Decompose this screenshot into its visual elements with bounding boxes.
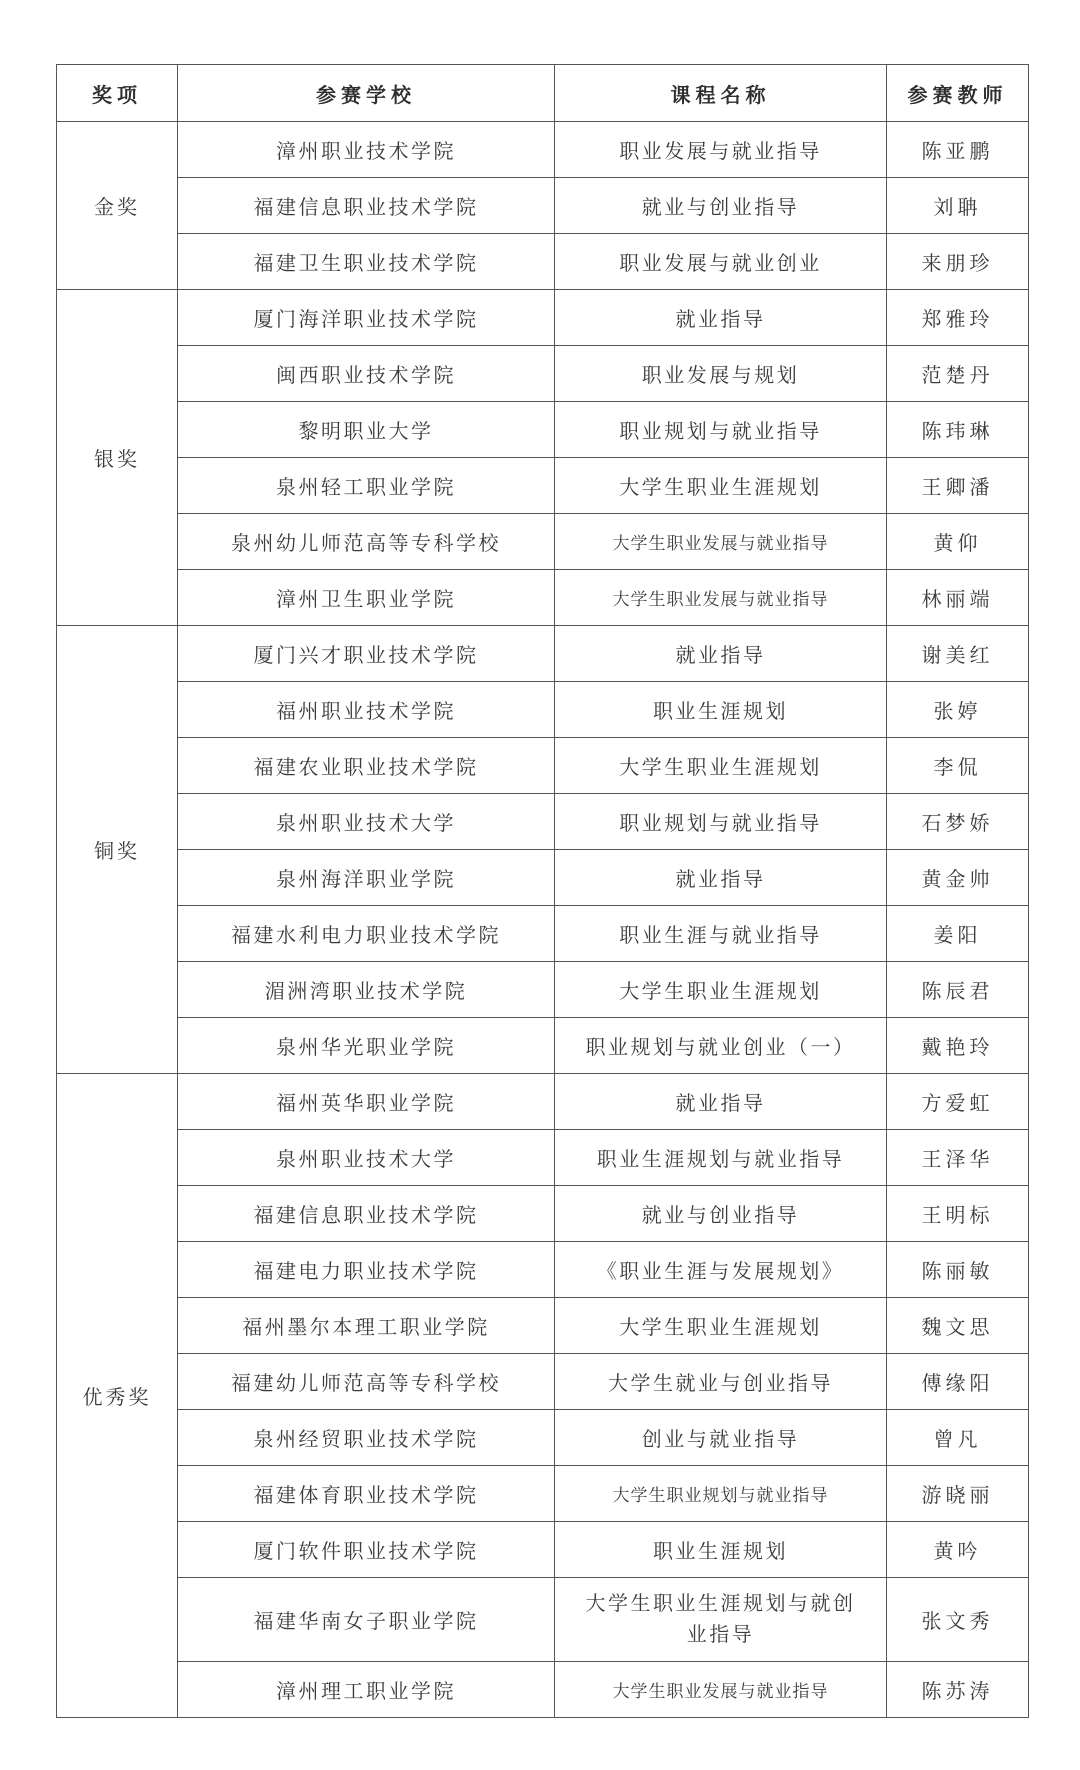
school-cell: 泉州海洋职业学院 [178, 850, 555, 906]
course-cell: 创业与就业指导 [555, 1410, 887, 1466]
teacher-cell: 游晓丽 [887, 1466, 1029, 1522]
table-row: 银奖厦门海洋职业技术学院就业指导郑雅玲 [57, 290, 1029, 346]
course-cell: 职业生涯规划 [555, 682, 887, 738]
table-row: 福建水利电力职业技术学院职业生涯与就业指导姜阳 [57, 906, 1029, 962]
course-cell: 就业指导 [555, 290, 887, 346]
school-cell: 泉州职业技术大学 [178, 794, 555, 850]
school-cell: 福州英华职业学院 [178, 1074, 555, 1130]
course-cell: 职业发展与规划 [555, 346, 887, 402]
teacher-cell: 王明标 [887, 1186, 1029, 1242]
course-cell: 大学生职业生涯规划 [555, 458, 887, 514]
school-cell: 福建农业职业技术学院 [178, 738, 555, 794]
school-cell: 厦门海洋职业技术学院 [178, 290, 555, 346]
course-cell: 职业发展与就业创业 [555, 234, 887, 290]
course-cell: 就业与创业指导 [555, 178, 887, 234]
school-cell: 厦门兴才职业技术学院 [178, 626, 555, 682]
school-cell: 福建华南女子职业学院 [178, 1578, 555, 1662]
award-cell: 铜奖 [57, 626, 178, 1074]
table-row: 福建华南女子职业学院大学生职业生涯规划与就创业指导张文秀 [57, 1578, 1029, 1662]
school-cell: 福建电力职业技术学院 [178, 1242, 555, 1298]
course-cell: 职业规划与就业指导 [555, 402, 887, 458]
teacher-cell: 陈丽敏 [887, 1242, 1029, 1298]
teacher-cell: 郑雅玲 [887, 290, 1029, 346]
school-cell: 泉州华光职业学院 [178, 1018, 555, 1074]
teacher-cell: 张婷 [887, 682, 1029, 738]
teacher-cell: 陈亚鹏 [887, 122, 1029, 178]
teacher-cell: 黄吟 [887, 1522, 1029, 1578]
course-cell: 就业指导 [555, 626, 887, 682]
table-row: 优秀奖福州英华职业学院就业指导方爱虹 [57, 1074, 1029, 1130]
teacher-cell: 王卿潘 [887, 458, 1029, 514]
teacher-cell: 范楚丹 [887, 346, 1029, 402]
header-cell-course: 课程名称 [555, 65, 887, 122]
school-cell: 泉州经贸职业技术学院 [178, 1410, 555, 1466]
school-cell: 泉州轻工职业学院 [178, 458, 555, 514]
teacher-cell: 陈辰君 [887, 962, 1029, 1018]
header-cell-teacher: 参赛教师 [887, 65, 1029, 122]
awards-table: 奖项 参赛学校 课程名称 参赛教师 金奖漳州职业技术学院职业发展与就业指导陈亚鹏… [56, 64, 1029, 1718]
school-cell: 漳州卫生职业学院 [178, 570, 555, 626]
course-cell: 大学生职业规划与就业指导 [555, 1466, 887, 1522]
table-row: 福建电力职业技术学院《职业生涯与发展规划》陈丽敏 [57, 1242, 1029, 1298]
teacher-cell: 曾凡 [887, 1410, 1029, 1466]
teacher-cell: 谢美红 [887, 626, 1029, 682]
school-cell: 福建卫生职业技术学院 [178, 234, 555, 290]
school-cell: 福州职业技术学院 [178, 682, 555, 738]
teacher-cell: 李侃 [887, 738, 1029, 794]
teacher-cell: 方爱虹 [887, 1074, 1029, 1130]
course-cell: 大学生职业发展与就业指导 [555, 570, 887, 626]
table-row: 厦门软件职业技术学院职业生涯规划黄吟 [57, 1522, 1029, 1578]
teacher-cell: 石梦娇 [887, 794, 1029, 850]
table-row: 泉州幼儿师范高等专科学校大学生职业发展与就业指导黄仰 [57, 514, 1029, 570]
school-cell: 湄洲湾职业技术学院 [178, 962, 555, 1018]
header-cell-award: 奖项 [57, 65, 178, 122]
table-row: 福建幼儿师范高等专科学校大学生就业与创业指导傅缘阳 [57, 1354, 1029, 1410]
course-cell: 职业生涯与就业指导 [555, 906, 887, 962]
course-cell: 大学生职业生涯规划 [555, 738, 887, 794]
course-cell: 大学生职业生涯规划与就创业指导 [555, 1578, 887, 1662]
school-cell: 福建信息职业技术学院 [178, 178, 555, 234]
course-cell: 职业规划与就业指导 [555, 794, 887, 850]
teacher-cell: 黄仰 [887, 514, 1029, 570]
school-cell: 福建幼儿师范高等专科学校 [178, 1354, 555, 1410]
table-row: 黎明职业大学职业规划与就业指导陈玮琳 [57, 402, 1029, 458]
school-cell: 闽西职业技术学院 [178, 346, 555, 402]
course-cell: 大学生就业与创业指导 [555, 1354, 887, 1410]
course-cell: 职业发展与就业指导 [555, 122, 887, 178]
table-row: 福建信息职业技术学院就业与创业指导刘聃 [57, 178, 1029, 234]
teacher-cell: 林丽端 [887, 570, 1029, 626]
table-row: 泉州职业技术大学职业规划与就业指导石梦娇 [57, 794, 1029, 850]
table-row: 福建农业职业技术学院大学生职业生涯规划李侃 [57, 738, 1029, 794]
award-cell: 优秀奖 [57, 1074, 178, 1718]
table-row: 铜奖厦门兴才职业技术学院就业指导谢美红 [57, 626, 1029, 682]
table-row: 福建信息职业技术学院就业与创业指导王明标 [57, 1186, 1029, 1242]
course-cell: 大学生职业生涯规划 [555, 1298, 887, 1354]
school-cell: 泉州幼儿师范高等专科学校 [178, 514, 555, 570]
award-cell: 银奖 [57, 290, 178, 626]
school-cell: 漳州理工职业学院 [178, 1662, 555, 1718]
school-cell: 泉州职业技术大学 [178, 1130, 555, 1186]
school-cell: 福州墨尔本理工职业学院 [178, 1298, 555, 1354]
teacher-cell: 王泽华 [887, 1130, 1029, 1186]
teacher-cell: 陈苏涛 [887, 1662, 1029, 1718]
table-row: 泉州经贸职业技术学院创业与就业指导曾凡 [57, 1410, 1029, 1466]
table-row: 泉州职业技术大学职业生涯规划与就业指导王泽华 [57, 1130, 1029, 1186]
teacher-cell: 姜阳 [887, 906, 1029, 962]
table-row: 福州职业技术学院职业生涯规划张婷 [57, 682, 1029, 738]
table-row: 福建体育职业技术学院大学生职业规划与就业指导游晓丽 [57, 1466, 1029, 1522]
school-cell: 福建体育职业技术学院 [178, 1466, 555, 1522]
course-cell: 就业与创业指导 [555, 1186, 887, 1242]
course-cell: 职业生涯规划与就业指导 [555, 1130, 887, 1186]
table-row: 漳州理工职业学院大学生职业发展与就业指导陈苏涛 [57, 1662, 1029, 1718]
table-row: 金奖漳州职业技术学院职业发展与就业指导陈亚鹏 [57, 122, 1029, 178]
course-cell: 就业指导 [555, 1074, 887, 1130]
teacher-cell: 陈玮琳 [887, 402, 1029, 458]
table-row: 闽西职业技术学院职业发展与规划范楚丹 [57, 346, 1029, 402]
table-row: 湄洲湾职业技术学院大学生职业生涯规划陈辰君 [57, 962, 1029, 1018]
teacher-cell: 傅缘阳 [887, 1354, 1029, 1410]
teacher-cell: 来朋珍 [887, 234, 1029, 290]
teacher-cell: 魏文思 [887, 1298, 1029, 1354]
table-row: 福州墨尔本理工职业学院大学生职业生涯规划魏文思 [57, 1298, 1029, 1354]
header-cell-school: 参赛学校 [178, 65, 555, 122]
table-row: 漳州卫生职业学院大学生职业发展与就业指导林丽端 [57, 570, 1029, 626]
awards-table-body: 金奖漳州职业技术学院职业发展与就业指导陈亚鹏福建信息职业技术学院就业与创业指导刘… [57, 122, 1029, 1718]
school-cell: 福建水利电力职业技术学院 [178, 906, 555, 962]
course-cell: 《职业生涯与发展规划》 [555, 1242, 887, 1298]
table-row: 福建卫生职业技术学院职业发展与就业创业来朋珍 [57, 234, 1029, 290]
table-header-row: 奖项 参赛学校 课程名称 参赛教师 [57, 65, 1029, 122]
table-row: 泉州轻工职业学院大学生职业生涯规划王卿潘 [57, 458, 1029, 514]
school-cell: 厦门软件职业技术学院 [178, 1522, 555, 1578]
teacher-cell: 戴艳玲 [887, 1018, 1029, 1074]
document-page: 奖项 参赛学校 课程名称 参赛教师 金奖漳州职业技术学院职业发展与就业指导陈亚鹏… [0, 0, 1080, 1770]
course-cell: 大学生职业发展与就业指导 [555, 514, 887, 570]
course-cell: 大学生职业发展与就业指导 [555, 1662, 887, 1718]
course-cell: 职业规划与就业创业（一） [555, 1018, 887, 1074]
table-row: 泉州海洋职业学院就业指导黄金帅 [57, 850, 1029, 906]
school-cell: 漳州职业技术学院 [178, 122, 555, 178]
course-cell: 大学生职业生涯规划 [555, 962, 887, 1018]
teacher-cell: 黄金帅 [887, 850, 1029, 906]
teacher-cell: 张文秀 [887, 1578, 1029, 1662]
school-cell: 黎明职业大学 [178, 402, 555, 458]
table-row: 泉州华光职业学院职业规划与就业创业（一）戴艳玲 [57, 1018, 1029, 1074]
school-cell: 福建信息职业技术学院 [178, 1186, 555, 1242]
award-cell: 金奖 [57, 122, 178, 290]
course-cell: 职业生涯规划 [555, 1522, 887, 1578]
teacher-cell: 刘聃 [887, 178, 1029, 234]
course-cell: 就业指导 [555, 850, 887, 906]
